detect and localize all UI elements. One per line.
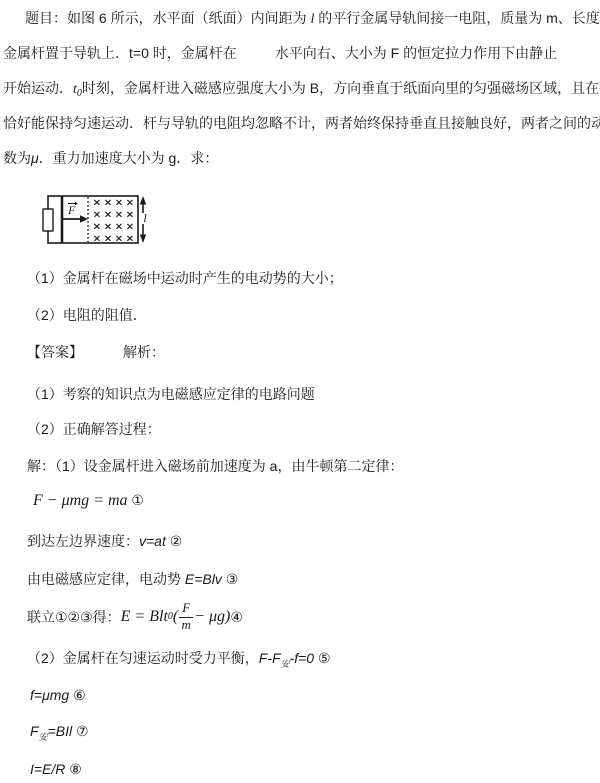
field-cross-icon: × xyxy=(93,198,101,209)
arrow-down-icon xyxy=(140,235,146,244)
field-cross-icon: × xyxy=(126,198,134,209)
physics-problem-page: 题目：如图 6 所示，水平面（纸面）内间距为 l 的平行金属导轨间接一电阻，质量… xyxy=(0,0,600,783)
solution-eq5: （2）金属杆在匀速运动时受力平衡，F-F安-f=0 ⑤ xyxy=(27,648,331,674)
field-cross-icon: × xyxy=(115,210,123,221)
solution-intro: 解：（1）设金属杆进入磁场前加速度为 a，由牛顿第二定律： xyxy=(27,456,403,476)
answer-badge: 【答案】 xyxy=(27,344,83,360)
force-vector-accent-head xyxy=(75,202,78,205)
eq4-badge: ④ xyxy=(230,607,243,627)
solution-eq3: 由电磁感应定律，电动势 E=Blv ③ xyxy=(27,569,238,589)
field-cross-icon: × xyxy=(126,234,134,245)
problem-line-2: 金属杆置于导轨上．t=0 时，金属杆在水平向右、大小为 F 的恒定拉力作用下由静… xyxy=(3,43,557,63)
force-label: F xyxy=(67,203,76,217)
problem-line-1: 题目：如图 6 所示，水平面（纸面）内间距为 l 的平行金属导轨间接一电阻，质量… xyxy=(25,8,600,30)
answer-header: 【答案】解析： xyxy=(27,342,165,362)
eq4-fraction: Fm xyxy=(179,601,193,633)
problem-line-4: 恰好能保持匀速运动．杆与导轨的电阻均忽略不计，两者始终保持垂直且接触良好，两者之… xyxy=(3,113,600,133)
question-1: （1）金属杆在磁场中运动时产生的电动势的大小； xyxy=(27,268,343,288)
solution-eq6: f=μmg ⑥ xyxy=(30,685,86,705)
eq4-lhs: E = Blt xyxy=(121,607,168,627)
fraction-numerator: F xyxy=(179,601,193,617)
solution-eq2: 到达左边界速度：v=at ② xyxy=(27,531,182,551)
field-cross-icon: × xyxy=(104,234,112,245)
field-cross-icon: × xyxy=(93,210,101,221)
analysis-label: 解析： xyxy=(123,344,165,360)
field-cross-icon: × xyxy=(93,234,101,245)
fraction-denominator: m xyxy=(182,618,191,633)
rail-length-measure: l xyxy=(140,196,148,243)
field-cross-icon: × xyxy=(104,222,112,233)
field-cross-marks: × × × × × × × × × × × × × × × × xyxy=(93,198,134,245)
arrow-up-icon xyxy=(140,196,146,205)
eq4-rhs: − μg) xyxy=(194,607,230,627)
field-cross-icon: × xyxy=(126,222,134,233)
solution-eq4: 联立①②③得：E = Blt0(Fm − μg) ④ xyxy=(27,594,243,640)
field-cross-icon: × xyxy=(104,198,112,209)
solution-eq8: I=E/R ⑧ xyxy=(30,759,82,779)
solution-eq1: F − μmg = ma ① xyxy=(33,490,144,511)
problem-line-2a: 金属杆置于导轨上．t=0 时，金属杆在 xyxy=(3,45,237,61)
analysis-point-2: （2）正确解答过程： xyxy=(27,419,161,439)
force-arrow-head xyxy=(80,215,88,223)
problem-line-5: 数为μ．重力加速度大小为 g．求： xyxy=(3,148,218,168)
length-label: l xyxy=(143,211,147,225)
eq4-open-paren: ( xyxy=(173,607,178,627)
analysis-point-1: （1）考察的知识点为电磁感应定律的电路问题 xyxy=(27,384,315,404)
question-2: （2）电阻的阻值． xyxy=(27,305,147,325)
field-cross-icon: × xyxy=(115,198,123,209)
field-cross-icon: × xyxy=(93,222,101,233)
problem-line-3: 开始运动．t0时刻，金属杆进入磁感应强度大小为 B，方向垂直于纸面向里的匀强磁场… xyxy=(3,78,600,104)
eq4-prefix: 联立①②③得： xyxy=(27,607,121,627)
circuit-diagram: F × × × × × × × × × × × × × × × × l xyxy=(40,188,160,252)
field-cross-icon: × xyxy=(104,210,112,221)
resistor xyxy=(43,209,53,231)
field-cross-icon: × xyxy=(115,234,123,245)
field-cross-icon: × xyxy=(115,222,123,233)
field-cross-icon: × xyxy=(126,210,134,221)
problem-line-2b: 水平向右、大小为 F 的恒定拉力作用下由静止 xyxy=(275,45,557,61)
solution-eq7: F安=BIl ⑦ xyxy=(30,721,89,747)
